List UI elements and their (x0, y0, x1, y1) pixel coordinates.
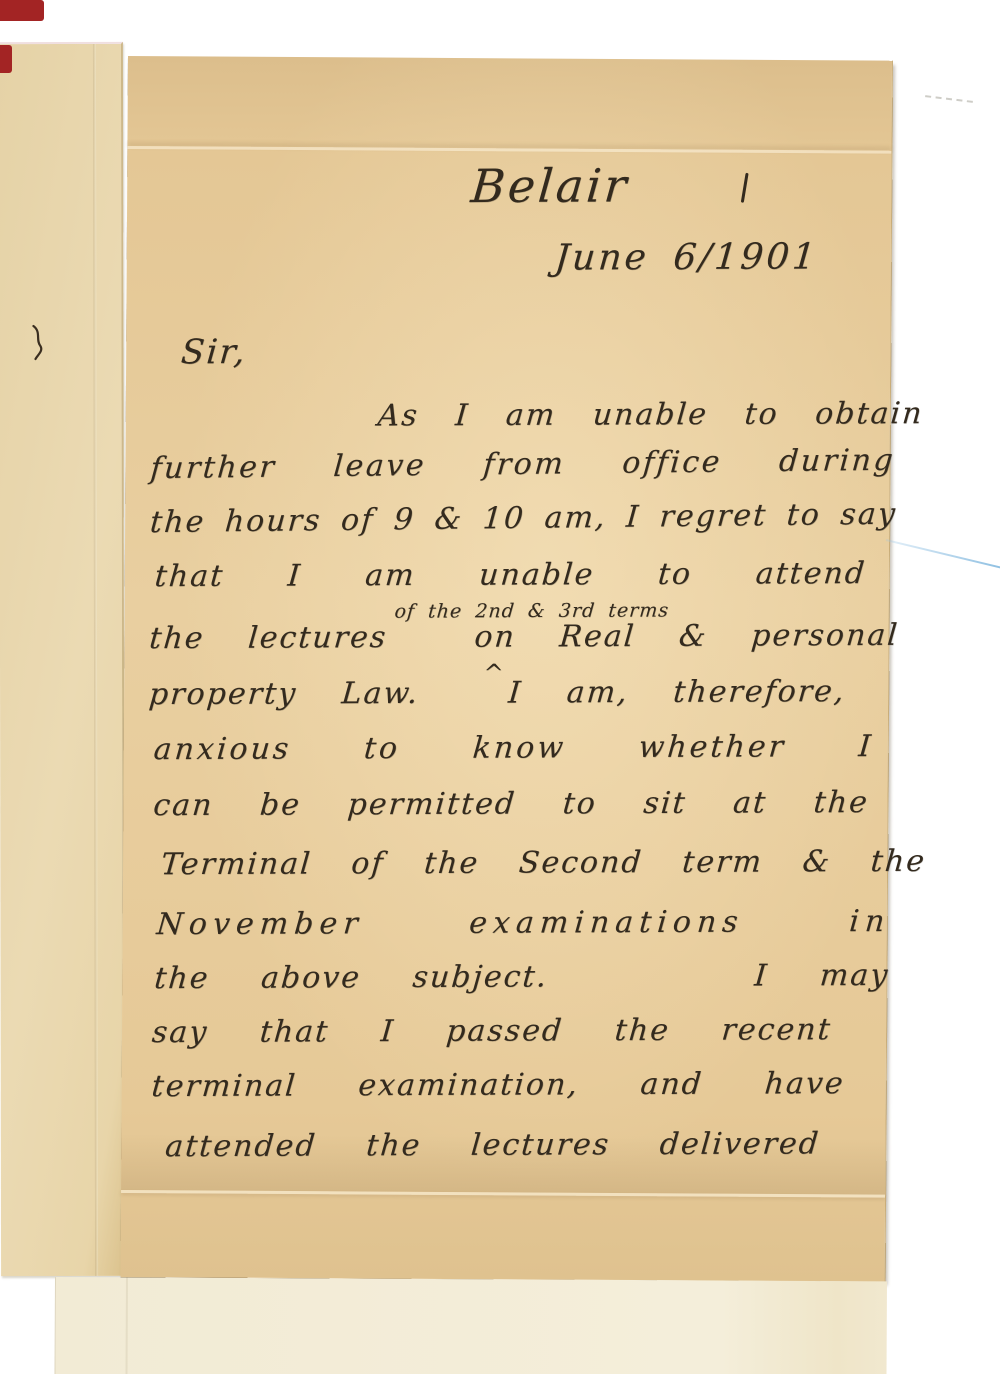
letter-page: Belair June 6/1901 Sir, As I am unable t… (121, 56, 893, 1282)
handwritten-line: property Law. I am, therefore, (148, 674, 847, 712)
letter-salutation: Sir, (180, 332, 249, 372)
handwritten-line: can be permitted to sit at the (152, 785, 870, 823)
left-page-crease (93, 44, 98, 1276)
under-page-crease (125, 1277, 128, 1374)
under-page (54, 1277, 886, 1374)
handwritten-line: the above subject. I may (153, 958, 891, 996)
folded-left-page (0, 42, 125, 1276)
letter-date: June 6/1901 (553, 236, 820, 278)
pencil-dash-mark (925, 95, 973, 103)
handwritten-line: the hours of 9 & 10 am, I regret to say (149, 497, 898, 540)
blue-scratch-line (886, 539, 1000, 568)
handwritten-line: Terminal of the Second term & the (160, 844, 928, 882)
handwritten-line: As I am unable to obtain (376, 396, 925, 433)
stray-ink-stroke (741, 173, 749, 203)
handwritten-line: attended the lectures delivered (164, 1126, 822, 1164)
page-fold-crease-top (127, 146, 891, 154)
document-scan: Belair June 6/1901 Sir, As I am unable t… (0, 0, 1000, 1374)
red-archive-tab-side (0, 45, 12, 73)
handwritten-line: further leave from office during (149, 443, 896, 486)
handwritten-line: November examinations in (155, 904, 892, 942)
handwritten-line: anxious to know whether I (152, 729, 875, 767)
handwritten-line: say that I passed the recent (151, 1012, 834, 1050)
letter-place: Belair (469, 158, 632, 213)
handwritten-line: the lectures on Real & personal (148, 618, 900, 656)
handwritten-line: terminal examination, and have (150, 1066, 846, 1104)
stray-pen-mark (29, 324, 49, 362)
red-archive-tab-top (0, 0, 44, 21)
handwritten-line: that I am unable to attend (153, 556, 867, 594)
